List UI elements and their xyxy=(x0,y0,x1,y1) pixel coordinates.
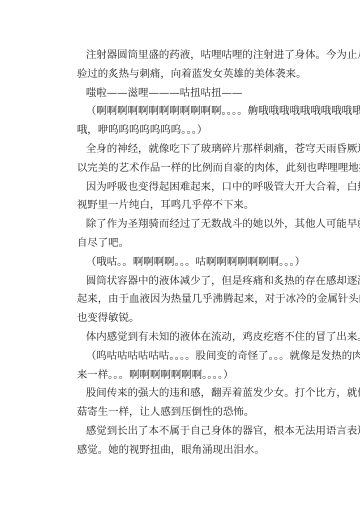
paragraph-11: 股间传来的强大的违和感，翻弄着蓝发少女。打个比方，就像被蘑 菇寄生一样，让人感到… xyxy=(55,384,307,422)
text-line: 因为呼吸也变得起困难起来，口中的呼吸管大开大合着，白热化的 xyxy=(55,178,307,197)
text-line: 全身的神经，就像吃下了玻璃碎片那样刺痛，苍穹天雨昏厥过去， xyxy=(55,140,307,159)
text-line: 注射器圆筒里盛的药液，咕哩咕哩的注射进了身体。今为止从未体 xyxy=(55,46,307,65)
text-line: 验过的炙热与刺痛，向着蓝发女英雄的美体袭来。 xyxy=(55,65,307,84)
text-line: 圆筒状容器中的液体减少了，但是疼痛和炙热的存在感却逐渐增加 xyxy=(55,272,307,291)
text-line: 也变得敏锐。 xyxy=(55,309,307,328)
paragraph-6: 除了作为圣翔骑而经过了无数战斗的她以外，其他人可能早就咬舌 自尽了吧。 xyxy=(55,215,307,253)
paragraph-8: 圆筒状容器中的液体减少了，但是疼痛和炙热的存在感却逐渐增加 起来，由于血液因为热… xyxy=(55,272,307,328)
text-line: 菇寄生一样，让人感到压倒性的恐怖。 xyxy=(55,403,307,422)
text-line: （啊啊啊啊啊啊啊啊啊啊啊啊。。。。齁哦哦哦哦哦哦哦哦哦哦 xyxy=(55,102,307,121)
paragraph-3: （啊啊啊啊啊啊啊啊啊啊啊啊。。。。齁哦哦哦哦哦哦哦哦哦哦 哦，咿呜呜呜呜呜呜呜。… xyxy=(55,102,307,140)
paragraph-1: 注射器圆筒里盛的药液，咕哩咕哩的注射进了身体。今为止从未体 验过的炙热与刺痛，向… xyxy=(55,46,307,84)
text-line: 自尽了吧。 xyxy=(55,234,307,253)
text-line: 起来，由于血液因为热量几乎沸腾起来，对于冰冷的金属针头的感觉 xyxy=(55,290,307,309)
text-line: 以完美的艺术作品一样的比例而自豪的肉体，此刻也哔哩哩地痉挛着。 xyxy=(55,159,307,178)
paragraph-10: （呜咕咕咕咕咕咕。。。。股间变的奇怪了。。。就像是发热的肉长出 来一样。。。啊啊… xyxy=(55,347,307,385)
text-line: （哦咕。。啊啊啊啊。。。咕啊啊啊啊啊啊啊。。。） xyxy=(55,253,307,272)
text-line: 感觉。她的视野扭曲，眼角涌现出泪水。 xyxy=(55,441,307,460)
paragraph-2: 嗤啦——滋哩———咕扭咕扭—— xyxy=(55,84,307,103)
text-line: 感觉到长出了本不属于自己身体的器官，根本无法用语言表达这种 xyxy=(55,422,307,441)
text-line: 哦，咿呜呜呜呜呜呜呜。。。） xyxy=(55,121,307,140)
text-line: 来一样。。。啊啊啊啊啊啊啊。。。。） xyxy=(55,366,307,385)
document-page: 注射器圆筒里盛的药液，咕哩咕哩的注射进了身体。今为止从未体 验过的炙热与刺痛，向… xyxy=(55,46,307,460)
text-line: 视野里一片纯白，耳鸣几乎停不下来。 xyxy=(55,196,307,215)
paragraph-9: 体内感觉到有未知的液体在流动，鸡皮疙瘩不住的冒了出来。 xyxy=(55,328,307,347)
text-line: 体内感觉到有未知的液体在流动，鸡皮疙瘩不住的冒了出来。 xyxy=(55,328,307,347)
text-line: 嗤啦——滋哩———咕扭咕扭—— xyxy=(55,84,307,103)
text-line: （呜咕咕咕咕咕咕。。。。股间变的奇怪了。。。就像是发热的肉长出 xyxy=(55,347,307,366)
text-line: 股间传来的强大的违和感，翻弄着蓝发少女。打个比方，就像被蘑 xyxy=(55,384,307,403)
text-line: 除了作为圣翔骑而经过了无数战斗的她以外，其他人可能早就咬舌 xyxy=(55,215,307,234)
paragraph-7: （哦咕。。啊啊啊啊。。。咕啊啊啊啊啊啊啊。。。） xyxy=(55,253,307,272)
paragraph-5: 因为呼吸也变得起困难起来，口中的呼吸管大开大合着，白热化的 视野里一片纯白，耳鸣… xyxy=(55,178,307,216)
paragraph-4: 全身的神经，就像吃下了玻璃碎片那样刺痛，苍穹天雨昏厥过去， 以完美的艺术作品一样… xyxy=(55,140,307,178)
paragraph-12: 感觉到长出了本不属于自己身体的器官，根本无法用语言表达这种 感觉。她的视野扭曲，… xyxy=(55,422,307,460)
